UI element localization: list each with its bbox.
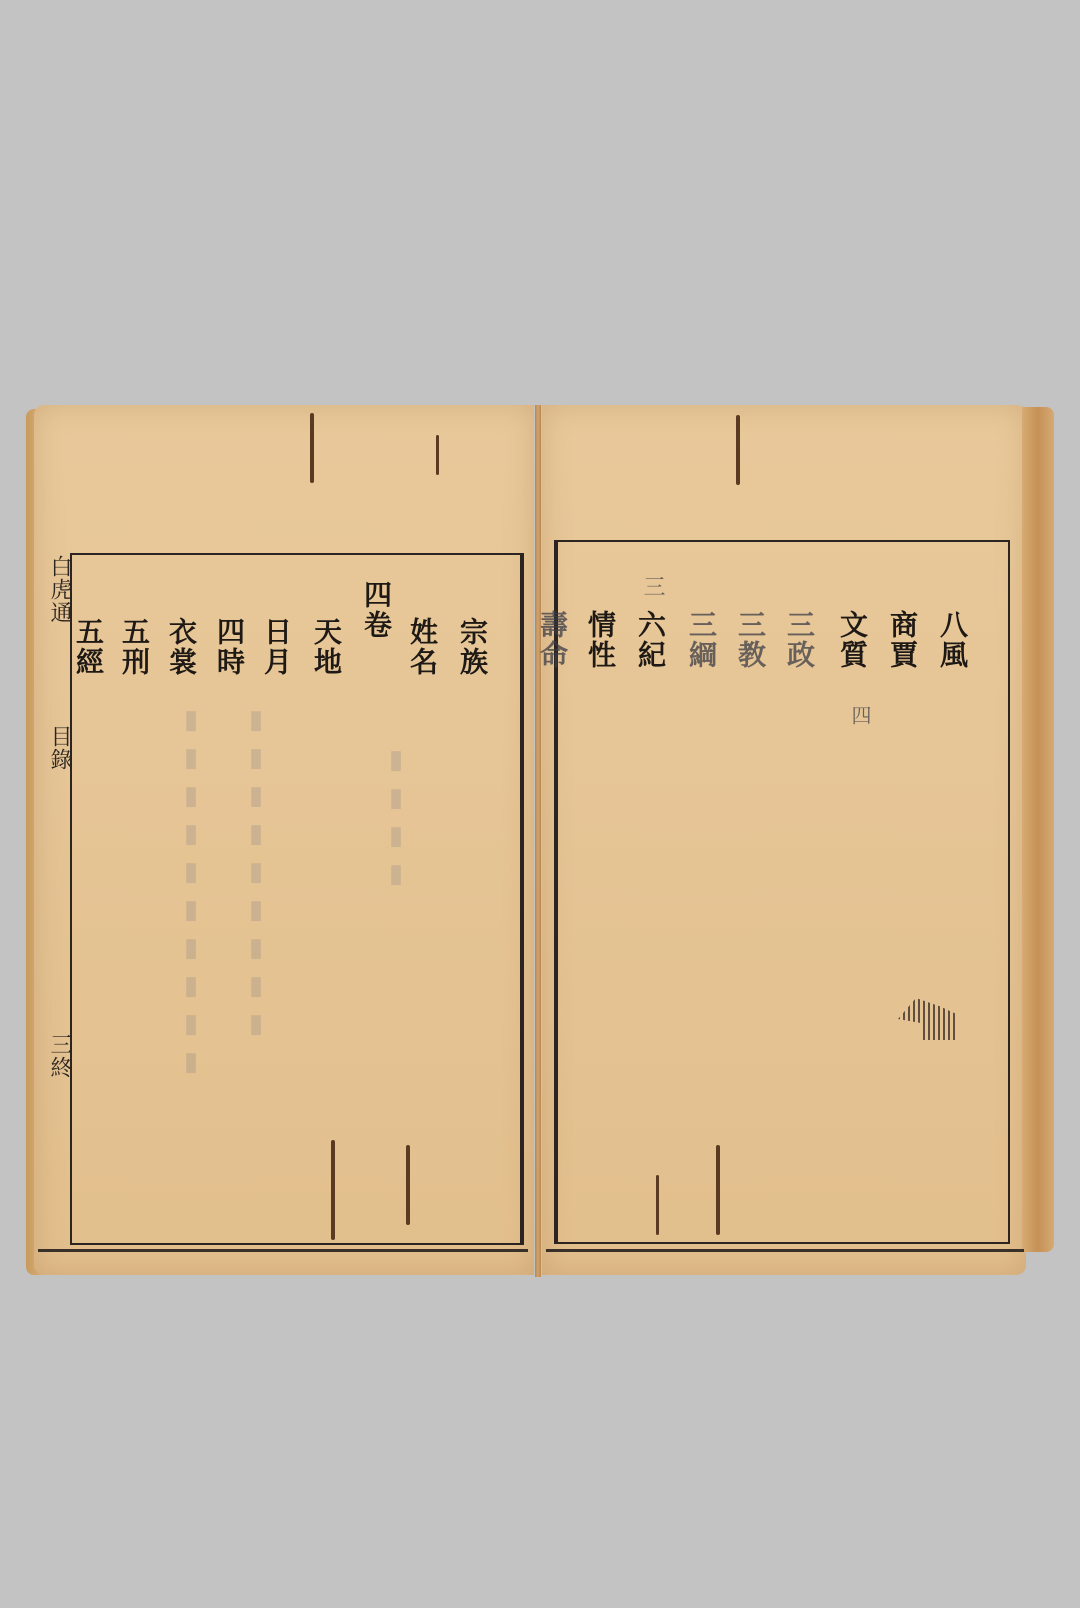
faint-annotation: 三: [636, 575, 668, 599]
toc-entry: 宗族: [456, 617, 488, 677]
toc-entry: 三綱: [685, 610, 717, 670]
toc-entry: 商賈: [886, 610, 918, 670]
stain-mark: [736, 415, 740, 485]
toc-entry: 衣裳: [165, 617, 197, 677]
volume-heading: 四卷: [360, 580, 392, 640]
bleed-through-text: ▮▮▮▮▮▮▮▮▮▮: [176, 705, 206, 1125]
toc-entry: 八風: [936, 610, 968, 670]
bleed-through-text: ▮▮▮▮▮▮▮▮▮: [241, 705, 271, 1125]
book-gutter: [535, 405, 541, 1277]
toc-entry: 三教: [734, 610, 766, 670]
bleed-through-text: ▮▮▮▮: [381, 745, 411, 945]
right-page-edge: [1022, 407, 1054, 1252]
faint-annotation: 四: [844, 705, 876, 727]
toc-entry: 姓名: [406, 617, 438, 677]
toc-entry: 五刑: [118, 617, 150, 677]
toc-entry: 日月: [260, 617, 292, 677]
toc-entry: 天地: [310, 617, 342, 677]
open-book: ▮▮▮▮▮▮▮▮▮▮ ▮▮▮▮▮▮▮▮▮ ▮▮▮▮ 白虎通 目錄 三終 宗族 姓…: [26, 405, 1052, 1280]
toc-entry: 四時: [213, 617, 245, 677]
toc-entry: 壽命: [536, 610, 568, 670]
stain-mark: [436, 435, 439, 475]
book-title-margin: 白虎通: [44, 555, 75, 624]
left-bottom-rule: [38, 1249, 528, 1252]
stain-mark: [310, 413, 314, 483]
toc-entry: 文質: [836, 610, 868, 670]
toc-entry: 情性: [584, 610, 616, 670]
toc-entry: 五經: [72, 617, 104, 677]
toc-entry: 六紀: [634, 610, 666, 670]
toc-entry: 三政: [783, 610, 815, 670]
section-label-margin: 目錄: [44, 725, 75, 771]
right-bottom-rule: [546, 1249, 1024, 1252]
volume-label-margin: 三終: [44, 1033, 75, 1079]
